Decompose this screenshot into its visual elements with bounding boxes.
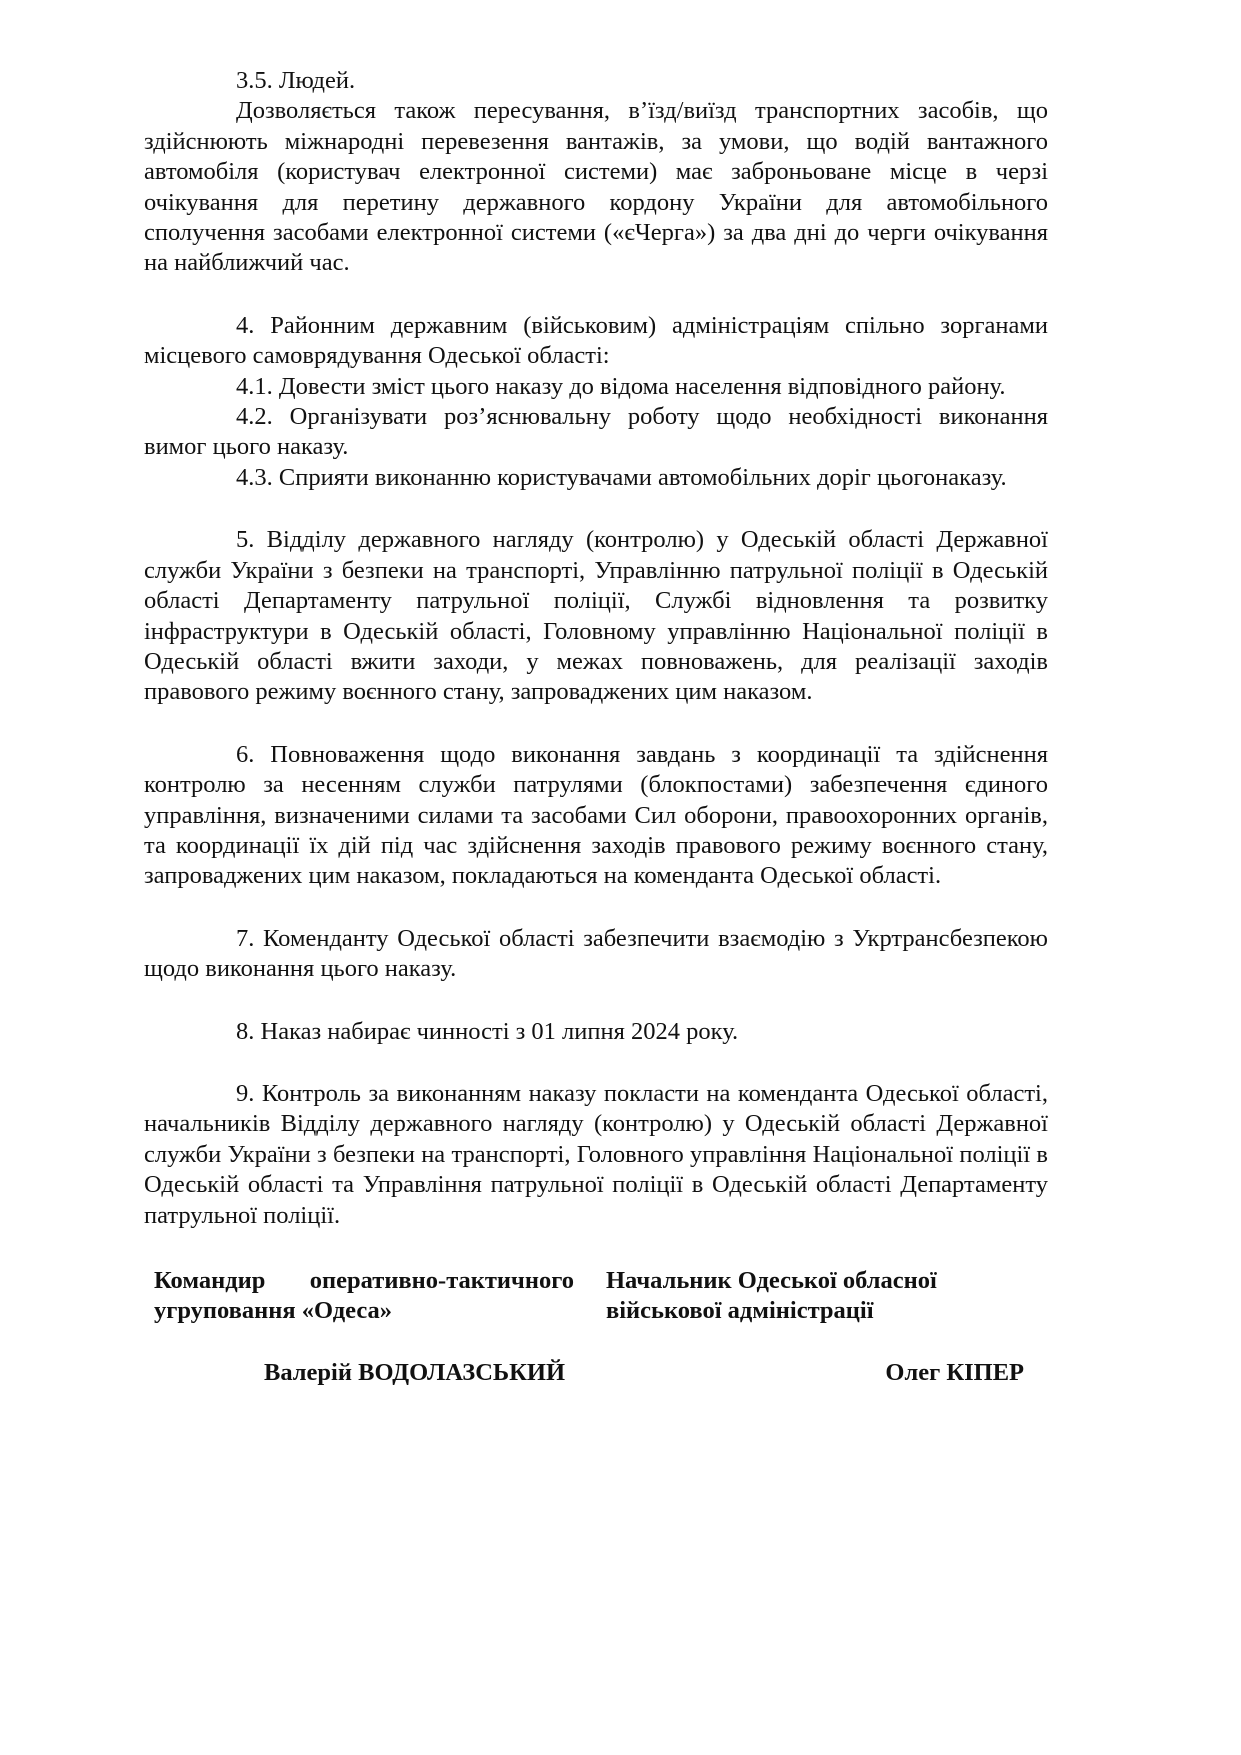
spacer xyxy=(144,708,1048,740)
spacer xyxy=(144,279,1048,311)
paragraph-6: 6. Повноваження щодо виконання завдань з… xyxy=(144,740,1048,892)
signature-right-name: Олег КІПЕР xyxy=(885,1358,1024,1388)
paragraph-4-2: 4.2. Організувати роз’яснювальну роботу … xyxy=(144,402,1048,463)
paragraph-5: 5. Відділу державного нагляду (контролю)… xyxy=(144,525,1048,707)
signature-left-title-line1: Командир оперативно-тактичного xyxy=(154,1266,574,1296)
paragraph-4-1: 4.1. Довести зміст цього наказу до відом… xyxy=(144,372,1048,402)
paragraph-4-3: 4.3. Сприяти виконанню користувачами авт… xyxy=(144,463,1048,493)
paragraph-4: 4. Районним державним (військовим) адмін… xyxy=(144,311,1048,372)
document-body: 3.5. Людей. Дозволяється також пересуван… xyxy=(144,66,1048,1231)
signature-right-title-line2: військової адміністрації xyxy=(606,1296,1026,1326)
paragraph-8: 8. Наказ набирає чинності з 01 липня 202… xyxy=(144,1017,1048,1047)
paragraph-9: 9. Контроль за виконанням наказу покласт… xyxy=(144,1079,1048,1231)
spacer xyxy=(144,1047,1048,1079)
paragraph-3-5: 3.5. Людей. xyxy=(144,66,1048,96)
signature-right-title: Начальник Одеської обласної військової а… xyxy=(606,1266,1026,1327)
signature-right-title-line1: Начальник Одеської обласної xyxy=(606,1266,1026,1296)
signature-left-title-line2: угруповання «Одеса» xyxy=(154,1296,574,1326)
spacer xyxy=(144,493,1048,525)
spacer xyxy=(144,892,1048,924)
paragraph-3-5-body: Дозволяється також пересування, в’їзд/ви… xyxy=(144,96,1048,278)
spacer xyxy=(144,985,1048,1017)
signature-left-name: Валерій ВОДОЛАЗСЬКИЙ xyxy=(264,1358,565,1388)
paragraph-7: 7. Коменданту Одеської області забезпечи… xyxy=(144,924,1048,985)
signature-left-title: Командир оперативно-тактичного угрупован… xyxy=(154,1266,574,1327)
